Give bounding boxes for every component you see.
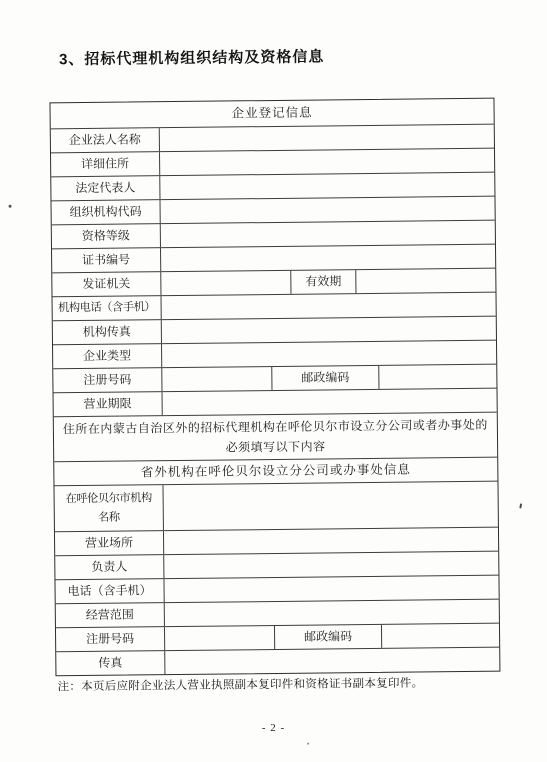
note-text: 住所在内蒙古自治区外的招标代理机构在呼伦贝尔市设立分公司或者办事处的必须填写以下…	[54, 413, 497, 462]
legal-representative-value-cell	[159, 173, 494, 200]
postal-code-2-value-cell	[381, 624, 499, 648]
organization-code-value-cell	[159, 197, 494, 224]
company-legal-name-label: 企业法人名称	[51, 128, 159, 152]
postal-code-label: 邮政编码	[271, 366, 378, 390]
section2-header: 省外机构在呼伦贝尔设立分公司或办事处信息	[54, 458, 497, 486]
branch-phone-value-cell	[163, 576, 498, 603]
legal-representative-label: 法定代表人	[51, 176, 159, 200]
certificate-number-label: 证书编号	[52, 248, 160, 272]
scan-speck	[519, 503, 522, 508]
table-row: 证书编号	[52, 244, 495, 273]
table-row: 机构电话（含手机）	[53, 292, 496, 321]
business-scope-value-cell	[164, 600, 499, 627]
registration-number-row: 注册号码 邮政编码	[53, 364, 496, 393]
detailed-address-value-cell	[159, 149, 494, 176]
qualification-level-label: 资格等级	[52, 224, 160, 248]
table-row: 组织机构代码	[51, 196, 494, 225]
branch-name-row: 在呼伦贝尔市机构 名称	[54, 481, 497, 532]
certificate-number-value-cell	[160, 245, 495, 272]
person-in-charge-label: 负责人	[55, 555, 163, 579]
agency-fax-label: 机构传真	[53, 320, 161, 344]
branch-fax-value-cell	[164, 648, 499, 675]
company-legal-name-value-cell	[159, 125, 494, 152]
validity-period-label: 有效期	[290, 270, 355, 294]
postal-code-value-cell	[378, 365, 496, 389]
agency-phone-value-cell	[161, 293, 496, 320]
registration-number-2-value-cell	[164, 626, 274, 650]
business-term-label: 营业期限	[54, 392, 162, 416]
table-row: 机构传真	[53, 316, 496, 345]
scan-speck	[9, 205, 12, 208]
postal-code-2-label: 邮政编码	[274, 625, 381, 649]
registration-number-row-2: 注册号码 邮政编码	[56, 623, 499, 652]
person-in-charge-value-cell	[163, 552, 498, 579]
table-row: 营业期限	[54, 388, 497, 417]
business-premises-value-cell	[163, 528, 498, 555]
table-row: 营业场所	[55, 527, 498, 556]
business-scope-label: 经营范围	[56, 603, 164, 627]
agency-phone-label: 机构电话（含手机）	[53, 296, 161, 320]
table-row: 经营范围	[56, 599, 499, 628]
enterprise-registration-table: 企业登记信息 企业法人名称 详细住所 法定代表人 组织机构代码 资格等级 证书编…	[49, 98, 500, 677]
branch-phone-label: 电话（含手机）	[55, 579, 163, 603]
issuing-authority-label: 发证机关	[52, 272, 160, 296]
table-header: 企业登记信息	[50, 99, 493, 129]
table-row: 资格等级	[52, 220, 495, 249]
page-title: 3、招标代理机构组织结构及资格信息	[59, 45, 325, 69]
qualification-level-value-cell	[160, 221, 495, 248]
footnote: 注：本页后应附企业法人营业执照副本复印件和资格证书副本复印件。	[58, 674, 424, 694]
table-row: 负责人	[55, 551, 498, 580]
business-premises-label: 营业场所	[55, 531, 163, 555]
issuing-authority-value-cell	[160, 271, 290, 295]
validity-period-value-cell	[355, 269, 495, 293]
business-term-value-cell	[162, 389, 497, 416]
table-row: 法定代表人	[51, 172, 494, 201]
registration-number-label: 注册号码	[53, 368, 161, 392]
registration-number-value-cell	[161, 367, 271, 391]
scanned-document-page: 3、招标代理机构组织结构及资格信息 企业登记信息 企业法人名称 详细住所 法定代…	[0, 0, 547, 762]
registration-number-2-label: 注册号码	[56, 627, 164, 651]
branch-name-label-line2: 名称	[98, 510, 120, 524]
enterprise-type-label: 企业类型	[53, 344, 161, 368]
table-row: 企业类型	[53, 340, 496, 369]
note-row: 住所在内蒙古自治区外的招标代理机构在呼伦贝尔市设立分公司或者办事处的必须填写以下…	[54, 412, 497, 462]
branch-fax-label: 传真	[56, 651, 164, 675]
table-row: 电话（含手机）	[55, 575, 498, 604]
section2-header-row: 省外机构在呼伦贝尔设立分公司或办事处信息	[54, 457, 497, 486]
organization-code-label: 组织机构代码	[52, 200, 160, 224]
enterprise-type-value-cell	[161, 341, 496, 368]
detailed-address-label: 详细住所	[51, 152, 159, 176]
issuing-authority-row: 发证机关 有效期	[52, 268, 495, 297]
table-row: 企业法人名称	[51, 124, 494, 153]
branch-name-label-line1: 在呼伦贝尔市机构	[65, 492, 152, 507]
table-header-row: 企业登记信息	[50, 99, 493, 129]
branch-name-label: 在呼伦贝尔市机构 名称	[54, 485, 162, 531]
table-row: 详细住所	[51, 148, 494, 177]
table-row: 传真	[56, 647, 499, 676]
branch-name-value-cell	[162, 482, 497, 531]
page-number: - 2 -	[0, 722, 547, 734]
scan-speck	[307, 743, 309, 745]
agency-fax-value-cell	[161, 317, 496, 344]
